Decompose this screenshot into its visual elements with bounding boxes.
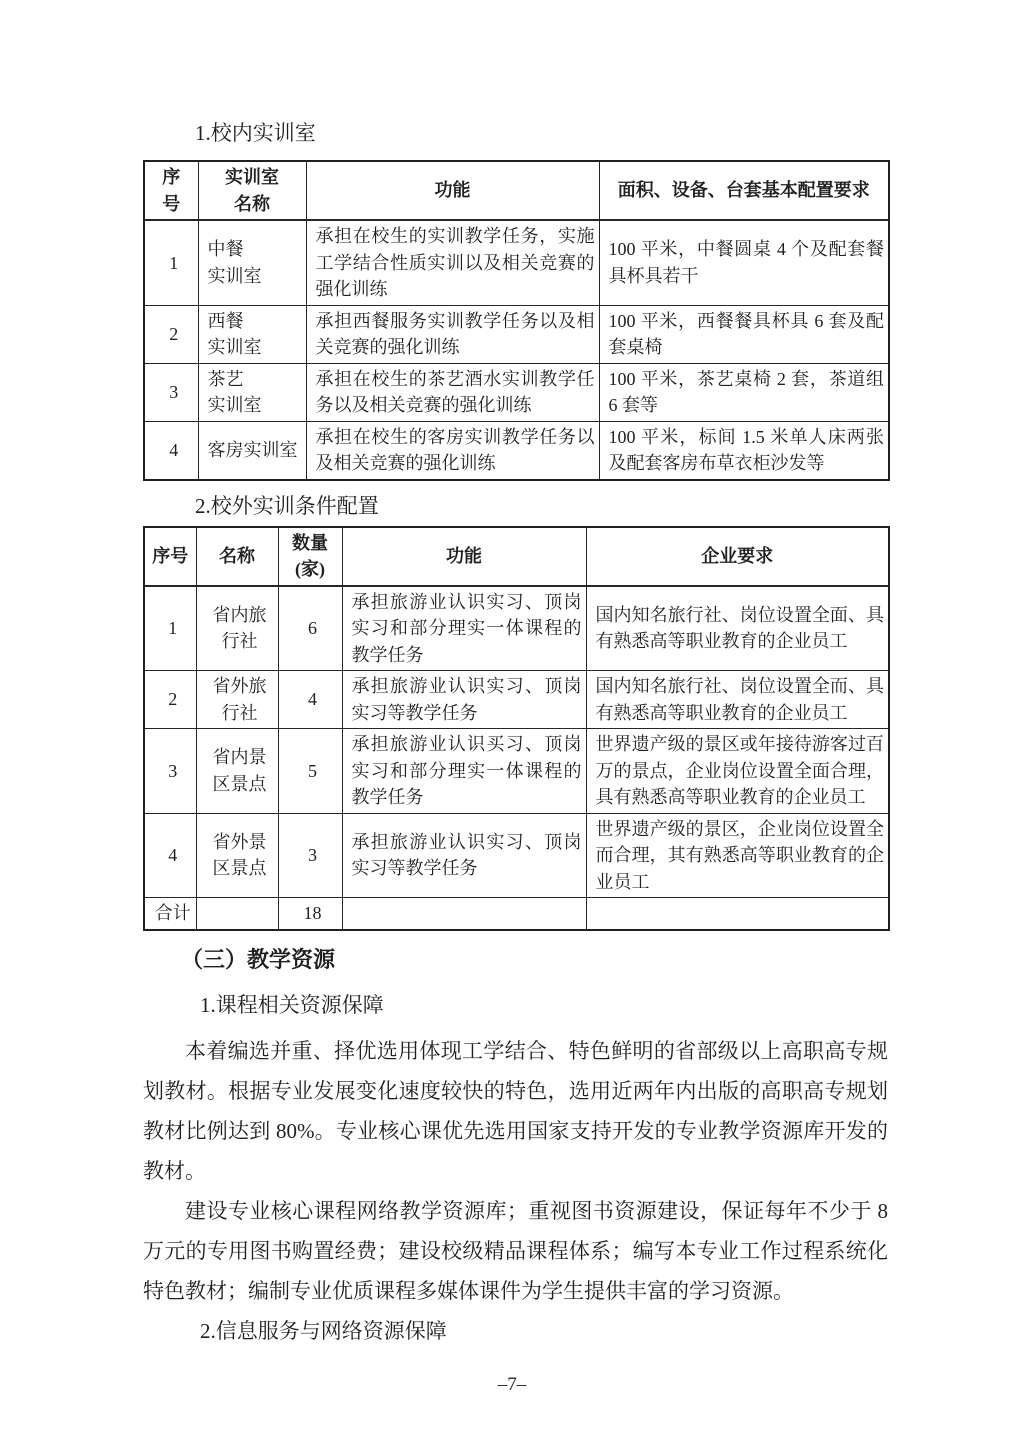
table-row: 3 茶艺 实训室 承担在校生的茶艺酒水实训教学任务以及相关竞赛的强化训练 100… bbox=[144, 363, 889, 421]
table-cell: 4 bbox=[278, 671, 342, 729]
table-cell: 3 bbox=[278, 813, 342, 898]
table-row: 4 客房实训室 承担在校生的客房实训教学任务以及相关竞赛的强化训练 100 平米… bbox=[144, 421, 889, 480]
campus-header-function: 功能 bbox=[306, 161, 599, 220]
table-cell: 承担在校生的客房实训教学任务以及相关竞赛的强化训练 bbox=[306, 421, 599, 480]
table-cell: 世界遗产级的景区，企业岗位设置全而合理，其有熟悉高等职业教育的企业员工 bbox=[586, 813, 889, 898]
table-cell: 茶艺 实训室 bbox=[198, 363, 306, 421]
offcampus-training-table: 序号 名称 数量 (家) 功能 企业要求 1 省内旅行社 6 承担旅游业认识实习… bbox=[143, 526, 890, 931]
offcampus-header-quantity: 数量 (家) bbox=[278, 527, 342, 586]
table-cell bbox=[196, 898, 278, 930]
table-cell: 承担旅游业认识实习、顶岗实习等教学任务 bbox=[342, 671, 586, 729]
table-cell: 6 bbox=[278, 586, 342, 671]
table-cell: 中餐 实训室 bbox=[198, 220, 306, 305]
document-page: 1.校内实训室 序 号 实训室 名称 功能 面积、设备、台套基本配置要求 1 中… bbox=[0, 0, 1024, 1448]
table-cell: 1 bbox=[144, 220, 198, 305]
table-cell: 承担在校生的茶艺酒水实训教学任务以及相关竞赛的强化训练 bbox=[306, 363, 599, 421]
table-cell: 合计 bbox=[144, 898, 196, 930]
offcampus-header-enterprise-req: 企业要求 bbox=[586, 527, 889, 586]
page-number: –7– bbox=[0, 1372, 1024, 1398]
table-cell: 3 bbox=[144, 729, 196, 814]
campus-training-rooms-table: 序 号 实训室 名称 功能 面积、设备、台套基本配置要求 1 中餐 实训室 承担… bbox=[143, 160, 890, 481]
table-cell: 18 bbox=[278, 898, 342, 930]
table-cell: 1 bbox=[144, 586, 196, 671]
table-cell: 省外旅行社 bbox=[196, 671, 278, 729]
table-cell: 4 bbox=[144, 813, 196, 898]
paragraph-textbook-selection: 本着编选并重、择优选用体现工学结合、特色鲜明的省部级以上高职高专规划教材。根据专… bbox=[143, 1031, 888, 1191]
table-row: 2 西餐 实训室 承担西餐服务实训教学任务以及相关竞赛的强化训练 100 平米，… bbox=[144, 305, 889, 363]
paragraph-resource-building: 建设专业核心课程网络教学资源库；重视图书资源建设，保证每年不少于 8 万元的专用… bbox=[143, 1191, 888, 1311]
table-cell: 国内知名旅行社、岗位设置全而、具有熟悉高等职业教育的企业员工 bbox=[586, 671, 889, 729]
table-row: 2 省外旅行社 4 承担旅游业认识实习、顶岗实习等教学任务 国内知名旅行社、岗位… bbox=[144, 671, 889, 729]
table-cell bbox=[586, 898, 889, 930]
table-cell: 4 bbox=[144, 421, 198, 480]
table-cell: 5 bbox=[278, 729, 342, 814]
table-cell: 2 bbox=[144, 671, 196, 729]
table-row: 1 中餐 实训室 承担在校生的实训教学任务，实施工学结合性质实训以及相关竞赛的强… bbox=[144, 220, 889, 305]
table-cell: 2 bbox=[144, 305, 198, 363]
table-cell bbox=[342, 898, 586, 930]
table-cell: 100 平米，西餐餐具杯具 6 套及配套桌椅 bbox=[599, 305, 889, 363]
table-cell: 客房实训室 bbox=[198, 421, 306, 480]
table-cell: 100 平米，茶艺桌椅 2 套，茶道组 6 套等 bbox=[599, 363, 889, 421]
table-cell: 100 平米，标间 1.5 米单人床两张及配套客房布草衣柜沙发等 bbox=[599, 421, 889, 480]
table-cell: 承担旅游业认识实习、顶岗实习和部分理实一体课程的教学任务 bbox=[342, 586, 586, 671]
table-row: 3 省内景区景点 5 承担旅游业认识买习、顶岗实习和部分理实一体课程的教学任务 … bbox=[144, 729, 889, 814]
campus-table-header-row: 序 号 实训室 名称 功能 面积、设备、台套基本配置要求 bbox=[144, 161, 889, 220]
table-cell: 国内知名旅行社、岗位设置全面、具有熟悉高等职业教育的企业员工 bbox=[586, 586, 889, 671]
heading-offcampus-training: 2.校外实训条件配置 bbox=[143, 491, 888, 521]
offcampus-header-seq: 序号 bbox=[144, 527, 196, 586]
table-cell: 承担旅游业认识买习、顶岗实习和部分理实一体课程的教学任务 bbox=[342, 729, 586, 814]
table-total-row: 合计 18 bbox=[144, 898, 889, 930]
offcampus-table-header-row: 序号 名称 数量 (家) 功能 企业要求 bbox=[144, 527, 889, 586]
table-cell: 西餐 实训室 bbox=[198, 305, 306, 363]
table-row: 4 省外景区景点 3 承担旅游业认识实习、顶岗实习等教学任务 世界遗产级的景区，… bbox=[144, 813, 889, 898]
table-cell: 省外景区景点 bbox=[196, 813, 278, 898]
page-content: 1.校内实训室 序 号 实训室 名称 功能 面积、设备、台套基本配置要求 1 中… bbox=[143, 0, 888, 1351]
body-text-block: 1.课程相关资源保障 本着编选并重、择优选用体现工学结合、特色鲜明的省部级以上高… bbox=[143, 985, 888, 1351]
table-row: 1 省内旅行社 6 承担旅游业认识实习、顶岗实习和部分理实一体课程的教学任务 国… bbox=[144, 586, 889, 671]
table-cell: 100 平米，中餐圆桌 4 个及配套餐具杯具若干 bbox=[599, 220, 889, 305]
heading-campus-training-rooms: 1.校内实训室 bbox=[143, 118, 888, 148]
campus-header-room-name: 实训室 名称 bbox=[198, 161, 306, 220]
section-heading-teaching-resources: （三）教学资源 bbox=[143, 945, 888, 975]
table-cell: 承担在校生的实训教学任务，实施工学结合性质实训以及相关竞赛的强化训练 bbox=[306, 220, 599, 305]
sub-heading-course-resources: 1.课程相关资源保障 bbox=[143, 985, 888, 1025]
offcampus-header-function: 功能 bbox=[342, 527, 586, 586]
table-cell: 承担西餐服务实训教学任务以及相关竞赛的强化训练 bbox=[306, 305, 599, 363]
campus-header-requirements: 面积、设备、台套基本配置要求 bbox=[599, 161, 889, 220]
table-cell: 省内景区景点 bbox=[196, 729, 278, 814]
offcampus-header-name: 名称 bbox=[196, 527, 278, 586]
sub-heading-network-resources: 2.信息服务与网络资源保障 bbox=[143, 1311, 888, 1351]
campus-header-seq: 序 号 bbox=[144, 161, 198, 220]
table-cell: 世界遗产级的景区或年接待游客过百万的景点，企业岗位设置全面合理，具有熟悉高等职业… bbox=[586, 729, 889, 814]
table-cell: 3 bbox=[144, 363, 198, 421]
table-cell: 承担旅游业认识实习、顶岗实习等教学任务 bbox=[342, 813, 586, 898]
table-cell: 省内旅行社 bbox=[196, 586, 278, 671]
